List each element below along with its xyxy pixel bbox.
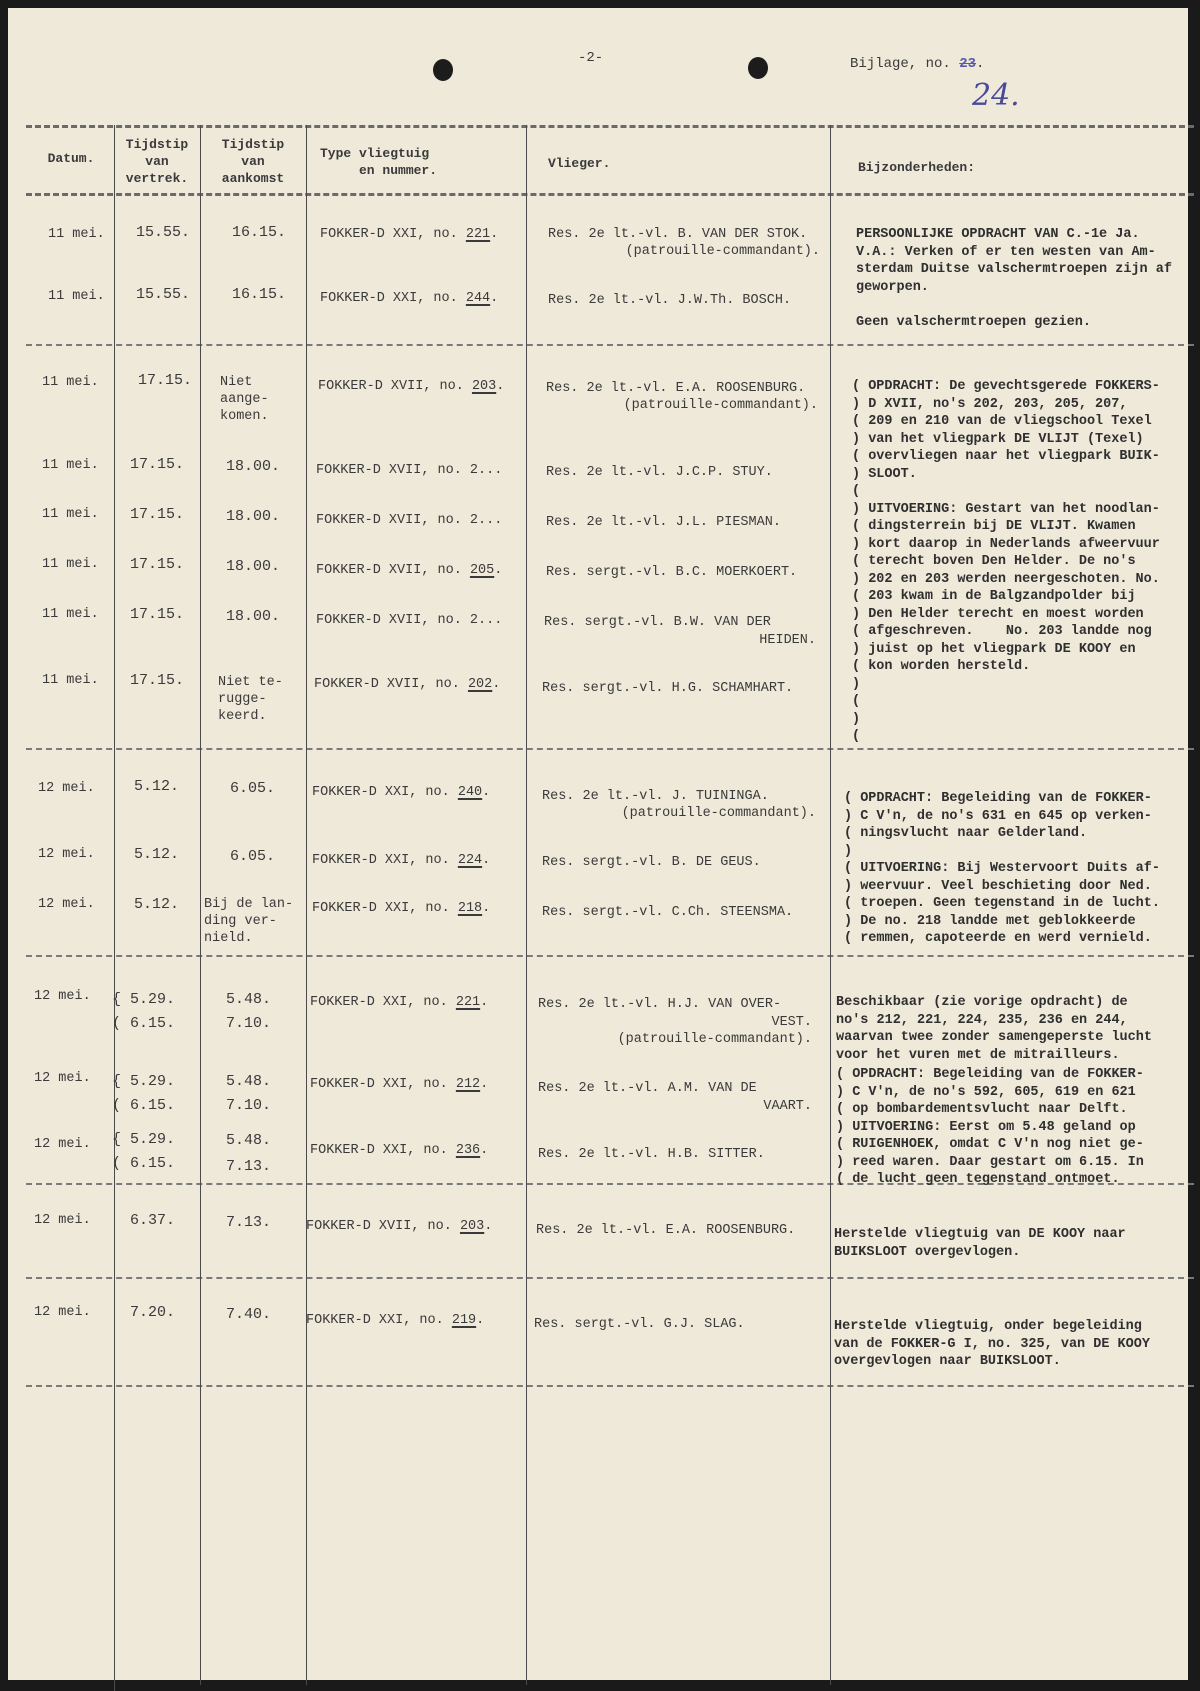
row-divider bbox=[26, 344, 1194, 346]
cell-datum: 11 mei. bbox=[42, 606, 99, 623]
handwritten-annex-number: 24. bbox=[972, 78, 1020, 113]
type-label: FOKKER-D XXI, no. bbox=[310, 1077, 448, 1092]
table-top-rule bbox=[26, 125, 1194, 128]
cell-aankomst: 5.48. 7.10. bbox=[226, 1070, 271, 1118]
note-block: ( OPDRACHT: Begeleiding van de FOKKER- )… bbox=[844, 790, 1160, 948]
type-label: FOKKER-D XVII, no. bbox=[314, 677, 460, 692]
cell-type: FOKKER-D XVII, no. 203. bbox=[318, 378, 504, 395]
cell-type: FOKKER-D XVII, no. 202. bbox=[314, 676, 500, 693]
header-bottom-rule bbox=[26, 193, 1194, 196]
cell-type: FOKKER-D XVII, no. 2... bbox=[316, 612, 502, 629]
note-block: Herstelde vliegtuig van DE KOOY naar BUI… bbox=[834, 1226, 1126, 1261]
type-label: FOKKER-D XXI, no. bbox=[312, 853, 450, 868]
cell-datum: 11 mei. bbox=[48, 226, 105, 243]
aircraft-number: 221 bbox=[466, 227, 490, 242]
type-label: FOKKER-D XXI, no. bbox=[306, 1313, 444, 1328]
note-block: ( OPDRACHT: Begeleiding van de FOKKER- )… bbox=[836, 1066, 1144, 1189]
cell-vertrek: { 5.29. ( 6.15. bbox=[112, 1128, 175, 1176]
aircraft-number: 224 bbox=[458, 853, 482, 868]
cell-aankomst: 5.48. 7.13. bbox=[226, 1128, 271, 1180]
cell-vertrek: 17.15. bbox=[130, 506, 184, 523]
cell-vlieger: Res. 2e lt.-vl. J.C.P. STUY. bbox=[546, 464, 773, 481]
cell-vertrek: 15.55. bbox=[136, 286, 190, 303]
header-bijzonderheden: Bijzonderheden: bbox=[858, 159, 975, 176]
cell-datum: 12 mei. bbox=[34, 1136, 91, 1153]
cell-aankomst: 7.40. bbox=[226, 1306, 271, 1323]
cell-datum: 11 mei. bbox=[42, 672, 99, 689]
type-label: FOKKER-D XXI, no. bbox=[320, 227, 458, 242]
aircraft-number: 202 bbox=[468, 677, 492, 692]
aircraft-number: 240 bbox=[458, 785, 482, 800]
cell-vertrek: 5.12. bbox=[134, 896, 179, 913]
cell-datum: 12 mei. bbox=[34, 988, 91, 1005]
cell-vlieger: Res. 2e lt.-vl. J. TUININGA. bbox=[542, 788, 769, 805]
page-number: -2- bbox=[578, 50, 603, 66]
cell-vertrek: 17.15. bbox=[130, 606, 184, 623]
type-label: FOKKER-D XVII, no. bbox=[306, 1219, 452, 1234]
aircraft-number: 219 bbox=[452, 1313, 476, 1328]
cell-datum: 12 mei. bbox=[34, 1070, 91, 1087]
aircraft-number: 218 bbox=[458, 901, 482, 916]
cell-type: FOKKER-D XXI, no. 240. bbox=[312, 784, 490, 801]
cell-aankomst: 16.15. bbox=[232, 286, 286, 303]
cell-type: FOKKER-D XXI, no. 236. bbox=[310, 1142, 488, 1159]
cell-type: FOKKER-D XVII, no. 2... bbox=[316, 462, 502, 479]
header-vertrek: Tijdstip van vertrek. bbox=[114, 136, 200, 187]
cell-vlieger: Res. sergt.-vl. B. DE GEUS. bbox=[542, 854, 761, 871]
cell-aankomst: Bij de lan- ding ver- nield. bbox=[204, 896, 293, 947]
note-block: ( OPDRACHT: De gevechtsgerede FOKKERS- )… bbox=[852, 378, 1160, 746]
cell-type: FOKKER-D XVII, no. 203. bbox=[306, 1218, 492, 1235]
cell-vlieger: Res. 2e lt.-vl. A.M. VAN DE bbox=[538, 1080, 757, 1097]
cell-datum: 11 mei. bbox=[42, 506, 99, 523]
cell-vlieger: Res. sergt.-vl. H.G. SCHAMHART. bbox=[542, 680, 793, 697]
cell-vlieger-role: (patrouille-commandant). bbox=[542, 805, 816, 822]
annex-label: Bijlage, no. bbox=[850, 56, 951, 72]
cell-datum: 12 mei. bbox=[34, 1304, 91, 1321]
cell-type: FOKKER-D XXI, no. 219. bbox=[306, 1312, 484, 1329]
cell-vertrek: { 5.29. ( 6.15. bbox=[112, 1070, 175, 1118]
punch-hole-right bbox=[748, 57, 768, 79]
column-divider bbox=[114, 125, 115, 1691]
cell-type: FOKKER-D XVII, no. 205. bbox=[316, 562, 502, 579]
cell-datum: 12 mei. bbox=[38, 896, 95, 913]
aircraft-number: 236 bbox=[456, 1143, 480, 1158]
type-label: FOKKER-D XVII, no. bbox=[316, 563, 462, 578]
cell-vertrek: 5.12. bbox=[134, 778, 179, 795]
row-divider bbox=[26, 1277, 1194, 1279]
aircraft-number: 203 bbox=[460, 1219, 484, 1234]
type-label: FOKKER-D XVII, no. bbox=[318, 379, 464, 394]
cell-datum: 11 mei. bbox=[42, 556, 99, 573]
cell-vlieger-continued: VAART. bbox=[538, 1098, 812, 1115]
cell-vlieger-continued: HEIDEN. bbox=[544, 632, 816, 649]
cell-vlieger: Res. 2e lt.-vl. H.B. SITTER. bbox=[538, 1146, 765, 1163]
cell-aankomst: 7.13. bbox=[226, 1214, 271, 1231]
cell-type: FOKKER-D XXI, no. 224. bbox=[312, 852, 490, 869]
cell-aankomst: 18.00. bbox=[226, 458, 280, 475]
type-label: FOKKER-D XXI, no. bbox=[312, 901, 450, 916]
aircraft-number: 205 bbox=[470, 563, 494, 578]
cell-datum: 12 mei. bbox=[38, 780, 95, 797]
cell-vertrek: 6.37. bbox=[130, 1212, 175, 1229]
column-divider bbox=[830, 125, 831, 1685]
aircraft-number: 221 bbox=[456, 995, 480, 1010]
cell-vertrek: 17.15. bbox=[130, 556, 184, 573]
cell-type: FOKKER-D XXI, no. 221. bbox=[310, 994, 488, 1011]
cell-vlieger-role: (patrouille-commandant). bbox=[546, 397, 818, 414]
cell-type: FOKKER-D XXI, no. 212. bbox=[310, 1076, 488, 1093]
cell-vlieger: Res. sergt.-vl. C.Ch. STEENSMA. bbox=[542, 904, 793, 921]
cell-vlieger: Res. 2e lt.-vl. J.W.Th. BOSCH. bbox=[548, 292, 791, 309]
cell-datum: 11 mei. bbox=[42, 457, 99, 474]
header-aankomst: Tijdstip van aankomst bbox=[200, 136, 306, 187]
cell-vertrek: 17.15. bbox=[130, 456, 184, 473]
cell-vlieger: Res. 2e lt.-vl. B. VAN DER STOK. bbox=[548, 226, 807, 243]
note-block: Herstelde vliegtuig, onder begeleiding v… bbox=[834, 1318, 1150, 1371]
header-type: Type vliegtuig en nummer. bbox=[320, 145, 437, 179]
cell-vlieger: Res. sergt.-vl. B.W. VAN DER bbox=[544, 614, 771, 631]
cell-aankomst: 18.00. bbox=[226, 608, 280, 625]
cell-type: FOKKER-D XXI, no. 244. bbox=[320, 290, 498, 307]
cell-aankomst: 18.00. bbox=[226, 508, 280, 525]
cell-datum: 11 mei. bbox=[48, 288, 105, 305]
column-divider bbox=[200, 125, 201, 1685]
cell-aankomst: Niet aange- komen. bbox=[220, 374, 269, 425]
cell-aankomst: 16.15. bbox=[232, 224, 286, 241]
cell-vlieger-continued: VEST. (patrouille-commandant). bbox=[538, 1014, 812, 1048]
punch-hole-left bbox=[433, 59, 453, 81]
aircraft-number: 212 bbox=[456, 1077, 480, 1092]
annex-number: Bijlage, no. 23. bbox=[850, 56, 984, 72]
row-divider bbox=[26, 1385, 1194, 1387]
aircraft-number: 244 bbox=[466, 291, 490, 306]
note-block: Beschikbaar (zie vorige opdracht) de no'… bbox=[836, 994, 1152, 1064]
cell-vertrek: { 5.29. ( 6.15. bbox=[112, 988, 175, 1036]
cell-type: FOKKER-D XXI, no. 218. bbox=[312, 900, 490, 917]
type-label: FOKKER-D XXI, no. bbox=[320, 291, 458, 306]
cell-type: FOKKER-D XVII, no. 2... bbox=[316, 512, 502, 529]
cell-aankomst: 6.05. bbox=[230, 780, 275, 797]
cell-vertrek: 5.12. bbox=[134, 846, 179, 863]
cell-vlieger: Res. sergt.-vl. B.C. MOERKOERT. bbox=[546, 564, 797, 581]
cell-vlieger: Res. sergt.-vl. G.J. SLAG. bbox=[534, 1316, 745, 1333]
cell-datum: 12 mei. bbox=[38, 846, 95, 863]
cell-aankomst: 6.05. bbox=[230, 848, 275, 865]
annex-struck-number: 23 bbox=[959, 56, 976, 72]
cell-aankomst: 5.48. 7.10. bbox=[226, 988, 271, 1036]
cell-vlieger: Res. 2e lt.-vl. J.L. PIESMAN. bbox=[546, 514, 781, 531]
cell-aankomst: Niet te- rugge- keerd. bbox=[218, 674, 283, 725]
cell-vertrek: 15.55. bbox=[136, 224, 190, 241]
aircraft-number: 203 bbox=[472, 379, 496, 394]
cell-aankomst: 18.00. bbox=[226, 558, 280, 575]
column-divider bbox=[526, 125, 527, 1685]
row-divider bbox=[26, 955, 1194, 957]
header-datum: Datum. bbox=[28, 150, 114, 167]
cell-datum: 12 mei. bbox=[34, 1212, 91, 1229]
type-label: FOKKER-D XXI, no. bbox=[310, 1143, 448, 1158]
note-block: PERSOONLIJKE OPDRACHT VAN C.-1e Ja. V.A.… bbox=[856, 226, 1172, 331]
cell-vlieger: Res. 2e lt.-vl. H.J. VAN OVER- bbox=[538, 996, 781, 1013]
cell-vertrek: 17.15. bbox=[138, 372, 192, 389]
cell-vertrek: 17.15. bbox=[130, 672, 184, 689]
cell-vlieger-role: (patrouille-commandant). bbox=[548, 243, 820, 260]
type-label: FOKKER-D XXI, no. bbox=[310, 995, 448, 1010]
row-divider bbox=[26, 748, 1194, 750]
cell-type: FOKKER-D XXI, no. 221. bbox=[320, 226, 498, 243]
type-label: FOKKER-D XXI, no. bbox=[312, 785, 450, 800]
cell-vlieger: Res. 2e lt.-vl. E.A. ROOSENBURG. bbox=[546, 380, 805, 397]
column-divider bbox=[306, 125, 307, 1685]
cell-vlieger: Res. 2e lt.-vl. E.A. ROOSENBURG. bbox=[536, 1222, 795, 1239]
cell-datum: 11 mei. bbox=[42, 374, 99, 391]
header-vlieger: Vlieger. bbox=[548, 155, 610, 172]
cell-vertrek: 7.20. bbox=[130, 1304, 175, 1321]
